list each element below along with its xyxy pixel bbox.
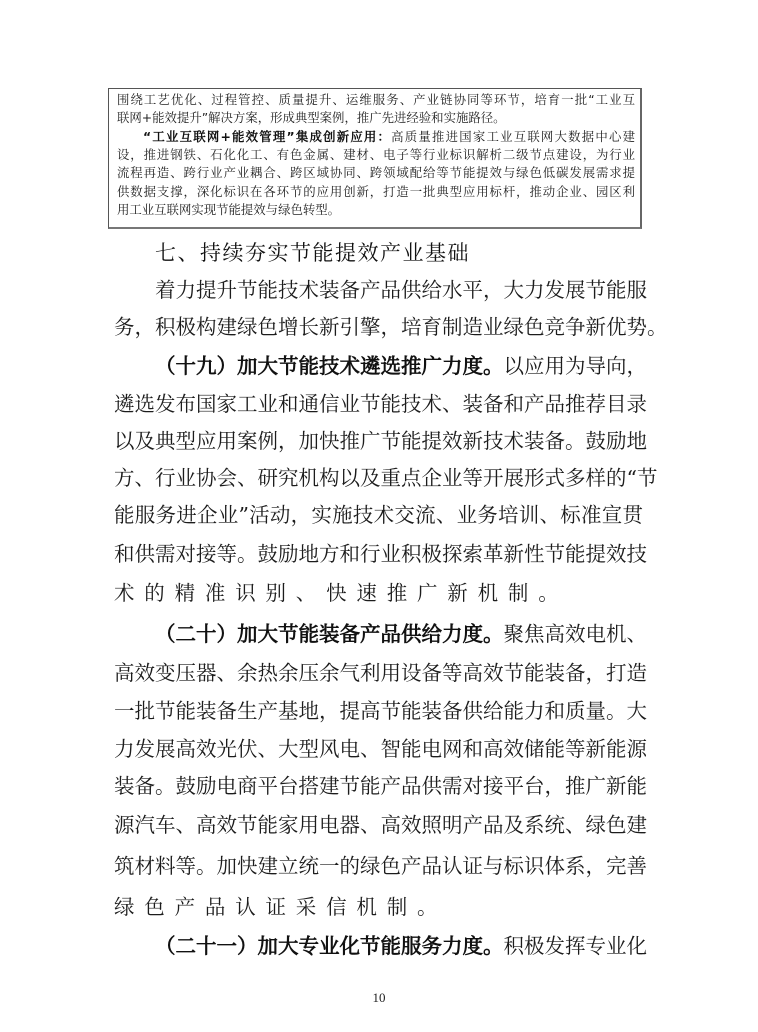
body-text: 绿色产品认证采信机制。 bbox=[114, 895, 447, 919]
callout-text: 用工业互联网实现节能提效与绿色转型。 bbox=[117, 202, 340, 217]
body-line: 能服务进企业”活动，实施技术交流、业务培训、标准宣贯 bbox=[114, 501, 643, 529]
body-line: 着力提升节能技术装备产品供给水平，大力发展节能服 bbox=[155, 276, 643, 304]
callout-line: “工业互联网+能效管理”集成创新应用：高质量推进国家工业互联网大数据中心建 bbox=[143, 128, 635, 146]
callout-text: 围绕工艺优化、过程管控、质量提升、运维服务、产业链协同等环节，培育一批“工业互 bbox=[117, 92, 635, 107]
body-line: 遴选发布国家工业和通信业节能技术、装备和产品推荐目录 bbox=[114, 390, 643, 418]
body-text: 高效变压器、余热余压余气利用设备等高效节能装备，打造 bbox=[114, 661, 647, 685]
body-text: 术的精准识别、快速推广新机制。 bbox=[114, 581, 569, 605]
body-line: 方、行业协会、研究机构以及重点企业等开展形式多样的“节 bbox=[114, 464, 643, 492]
body-text: 筑材料等。加快建立统一的绿色产品认证与标识体系，完善 bbox=[114, 854, 647, 878]
callout-line: 用工业互联网实现节能提效与绿色转型。 bbox=[117, 201, 635, 219]
body-text: 聚焦高效电机、 bbox=[504, 622, 648, 646]
callout-text: 高质量推进国家工业互联网大数据中心建 bbox=[391, 129, 635, 144]
body-text: 力发展高效光伏、大型风电、智能电网和高效储能等新能源 bbox=[114, 737, 647, 761]
body-text: 着力提升节能技术装备产品供给水平，大力发展节能服 bbox=[155, 278, 647, 302]
subsection-title-21: （二十一）加大专业化节能服务力度。 bbox=[155, 934, 504, 958]
document-page: 围绕工艺优化、过程管控、质量提升、运维服务、产业链协同等环节，培育一批“工业互 … bbox=[0, 0, 758, 1032]
body-text: 方、行业协会、研究机构以及重点企业等开展形式多样的“节 bbox=[114, 466, 657, 490]
body-text: 遴选发布国家工业和通信业节能技术、装备和产品推荐目录 bbox=[114, 392, 647, 416]
callout-line: 联网+能效提升”解决方案，形成典型案例，推广先进经验和实施路径。 bbox=[117, 109, 635, 127]
body-line: 绿色产品认证采信机制。 bbox=[114, 893, 643, 921]
body-text: 和供需对接等。鼓励地方和行业积极探索革新性节能提效技 bbox=[114, 542, 647, 566]
body-text: 积极发挥专业化 bbox=[504, 934, 648, 958]
callout-line: 供数据支撑，深化标识在各环节的应用创新，打造一批典型应用标杆，推动企业、园区利 bbox=[117, 183, 635, 201]
body-line: 以及典型应用案例，加快推广节能提效新技术装备。鼓励地 bbox=[114, 427, 643, 455]
callout-line: 围绕工艺优化、过程管控、质量提升、运维服务、产业链协同等环节，培育一批“工业互 bbox=[117, 91, 635, 109]
body-text: 源汽车、高效节能家用电器、高效照明产品及系统、绿色建 bbox=[114, 813, 647, 837]
body-line: （十九）加大节能技术遴选推广力度。以应用为导向， bbox=[155, 352, 643, 380]
callout-text: 供数据支撑，深化标识在各环节的应用创新，打造一批典型应用标杆，推动企业、园区利 bbox=[117, 184, 635, 199]
body-text: 务，积极构建绿色增长新引擎，培育制造业绿色竞争新优势。 bbox=[114, 315, 668, 339]
body-line: 筑材料等。加快建立统一的绿色产品认证与标识体系，完善 bbox=[114, 852, 643, 880]
body-line: 力发展高效光伏、大型风电、智能电网和高效储能等新能源 bbox=[114, 735, 643, 763]
callout-box: 围绕工艺优化、过程管控、质量提升、运维服务、产业链协同等环节，培育一批“工业互 … bbox=[108, 88, 642, 229]
body-text: 以应用为导向， bbox=[504, 354, 648, 378]
callout-text: 联网+能效提升”解决方案，形成典型案例，推广先进经验和实施路径。 bbox=[117, 110, 506, 125]
callout-text: 流程再造、跨行业产业耦合、跨区域协同、跨领域配给等节能提效与绿色低碳发展需求提 bbox=[117, 165, 635, 180]
body-line: 装备。鼓励电商平台搭建节能产品供需对接平台，推广新能 bbox=[114, 772, 643, 800]
page-number: 10 bbox=[0, 990, 758, 1006]
subsection-title-19: （十九）加大节能技术遴选推广力度。 bbox=[155, 354, 504, 378]
callout-line: 设，推进钢铁、石化化工、有色金属、建材、电子等行业标识解析二级节点建设，为行业 bbox=[117, 146, 635, 164]
callout-line: 流程再造、跨行业产业耦合、跨区域协同、跨领域配给等节能提效与绿色低碳发展需求提 bbox=[117, 164, 635, 182]
section-heading: 七、持续夯实节能提效产业基础 bbox=[155, 240, 470, 266]
body-text: 一批节能装备生产基地，提高节能装备供给能力和质量。大 bbox=[114, 699, 647, 723]
body-line: （二十一）加大专业化节能服务力度。积极发挥专业化 bbox=[155, 932, 643, 960]
callout-text: 设，推进钢铁、石化化工、有色金属、建材、电子等行业标识解析二级节点建设，为行业 bbox=[117, 147, 635, 162]
body-line: 务，积极构建绿色增长新引擎，培育制造业绿色竞争新优势。 bbox=[114, 313, 643, 341]
body-line: 术的精准识别、快速推广新机制。 bbox=[114, 579, 643, 607]
body-text: 装备。鼓励电商平台搭建节能产品供需对接平台，推广新能 bbox=[114, 774, 647, 798]
body-line: 高效变压器、余热余压余气利用设备等高效节能装备，打造 bbox=[114, 659, 643, 687]
subsection-title-20: （二十）加大节能装备产品供给力度。 bbox=[155, 622, 504, 646]
body-text: 能服务进企业”活动，实施技术交流、业务培训、标准宣贯 bbox=[114, 503, 643, 527]
body-text: 以及典型应用案例，加快推广节能提效新技术装备。鼓励地 bbox=[114, 429, 647, 453]
body-line: 一批节能装备生产基地，提高节能装备供给能力和质量。大 bbox=[114, 697, 643, 725]
body-line: 和供需对接等。鼓励地方和行业积极探索革新性节能提效技 bbox=[114, 540, 643, 568]
body-line: （二十）加大节能装备产品供给力度。聚焦高效电机、 bbox=[155, 620, 643, 648]
callout-bold-lead: “工业互联网+能效管理”集成创新应用： bbox=[143, 129, 391, 144]
body-line: 源汽车、高效节能家用电器、高效照明产品及系统、绿色建 bbox=[114, 811, 643, 839]
